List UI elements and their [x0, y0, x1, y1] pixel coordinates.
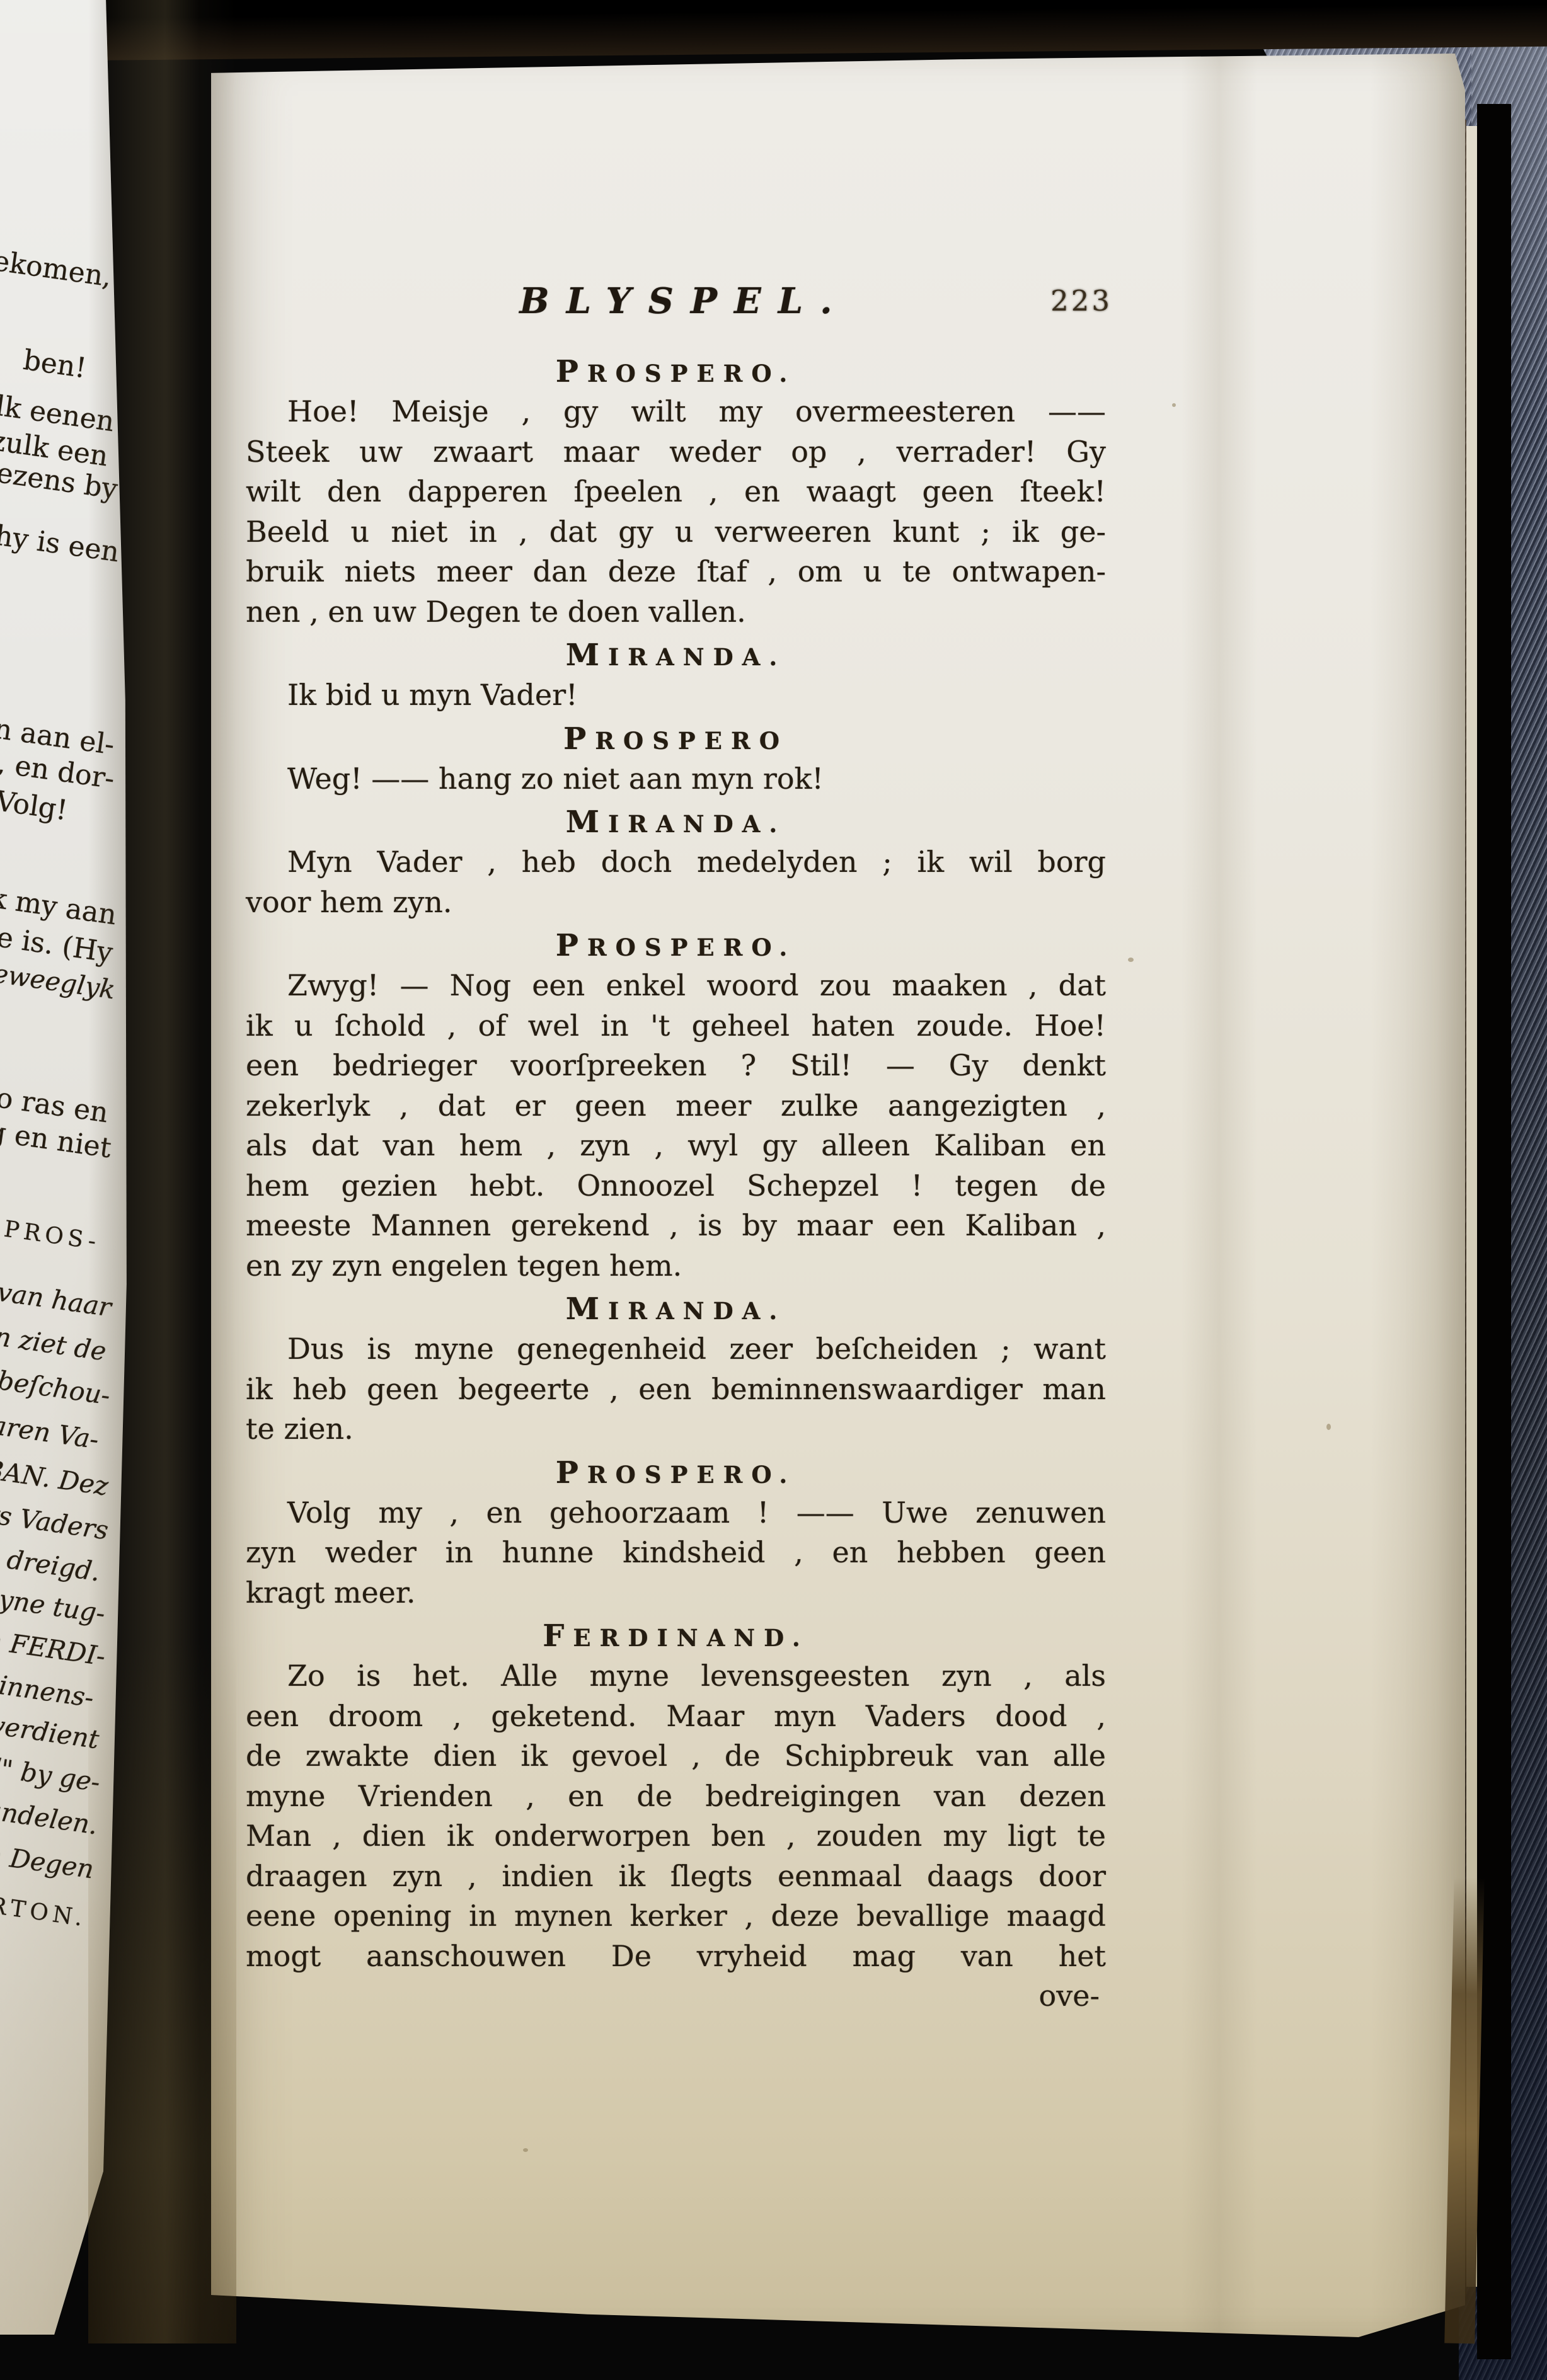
text-line: voor hem zyn.	[246, 883, 1106, 923]
opposite-page-fragment: ook dreigd.	[0, 1536, 102, 1587]
opposite-page-fragment: hy is een	[0, 519, 121, 568]
speaker-heading: PROSPERO.	[246, 357, 1106, 389]
speaker-heading: PROSPERO	[246, 724, 1106, 756]
paper-speck	[1128, 958, 1134, 962]
text-line: myne Vrienden , en de bedreigingen van d…	[246, 1776, 1106, 1817]
opposite-page-fragment: behandelen.	[0, 1788, 100, 1840]
text-line: mogt aanschouwen De vryheid mag van het	[246, 1937, 1106, 1977]
text-line: wilt den dapperen ſpeelen , en waagt gee…	[246, 472, 1106, 512]
text-line: een bedrieger voorſpreeken ? Stil! — Gy …	[246, 1046, 1106, 1086]
speaker-heading: PROSPERO.	[246, 930, 1106, 963]
dialogue-text-block: PROSPERO.Hoe! Meisje , gy wilt my overme…	[246, 348, 1106, 2017]
text-line: nen , en uw Degen te doen vallen.	[246, 592, 1106, 632]
text-line: zyn weder in hunne kindsheid , en hebben…	[246, 1533, 1106, 1573]
opposite-page-fragment: eid van haar	[0, 1270, 113, 1323]
text-line: Hoe! Meisje , gy wilt my overmeesteren —…	[246, 392, 1106, 432]
text-line: kragt meer.	[246, 1573, 1106, 1613]
text-line: Myn Vader , heb doch medelyden ; ik wil …	[246, 842, 1106, 883]
text-line: te zien.	[246, 1409, 1106, 1450]
opposite-page-fragment: BURTON.	[0, 1886, 88, 1931]
opposite-page-fragment: men ziet de	[0, 1315, 108, 1366]
speaker-heading: MIRANDA.	[246, 1294, 1106, 1326]
text-line: draagen zyn , indien ik ſlegts eenmaal d…	[246, 1857, 1106, 1897]
text-line: Steek uw zwaart maar weder op , verrader…	[246, 432, 1106, 472]
text-line: ik u ſchold , of wel in 't geheel haten …	[246, 1006, 1106, 1046]
text-line: meeste Mannen gerekend , is by maar een …	[246, 1206, 1106, 1246]
catchword: ove-	[246, 1976, 1106, 2017]
opposite-page-text-fragments: gekomen,ben!lk eenenzulk eenwezens byhy …	[0, 0, 126, 2335]
paper-speck	[1172, 403, 1176, 407]
opposite-page-fragment: aars Vaders	[0, 1494, 110, 1545]
text-line: ik heb geen begeerte , een beminnenswaar…	[246, 1370, 1106, 1410]
book-photo: gekomen,ben!lk eenenzulk eenwezens byhy …	[0, 0, 1547, 2380]
text-line: Beeld u niet in , dat gy u verweeren kun…	[246, 512, 1106, 552]
opposite-page-fragment: van FERDI-	[0, 1621, 107, 1672]
text-line: bruik niets meer dan deze ſtaf , om u te…	[246, 552, 1106, 592]
text-line: hem gezien hebt. Onnoozel Schepzel ! teg…	[246, 1166, 1106, 1206]
text-line: Dus is myne genegenheid zeer beſcheiden …	[246, 1329, 1106, 1370]
text-line: de zwakte dien ik gevoel , de Schipbreuk…	[246, 1736, 1106, 1776]
text-line: Zwyg! — Nog een enkel woord zou maaken ,…	[246, 966, 1106, 1006]
text-line: en zy zyn engelen tegen hem.	[246, 1246, 1106, 1286]
speaker-heading: PROSPERO.	[246, 1458, 1106, 1490]
opposite-page-fragment: PROS-	[3, 1216, 102, 1256]
paper-speck	[523, 2148, 528, 2152]
text-line: Ik bid u myn Vader!	[246, 675, 1106, 716]
text-line: Zo is het. Alle myne levensgeesten zyn ,…	[246, 1656, 1106, 1696]
page-number: 223	[1050, 284, 1112, 318]
opposite-page-fragment: BAN. Dez	[0, 1454, 110, 1501]
text-line: eene opening in mynen kerker , deze beva…	[246, 1896, 1106, 1937]
text-line: zekerlyk , dat er geen meer zulke aangez…	[246, 1086, 1106, 1126]
book-page: BLYSPEL. 223 PROSPERO.Hoe! Meisje , gy w…	[211, 54, 1465, 2337]
opposite-page-fragment: beminnens-	[0, 1662, 96, 1713]
cover-shadow	[1477, 104, 1511, 2359]
text-line: als dat van hem , zyn , wyl gy alleen Ka…	[246, 1126, 1106, 1166]
text-line: Man , dien ik onderworpen ben , zouden m…	[246, 1816, 1106, 1857]
opposite-page-fragment: gekomen,	[0, 243, 113, 294]
paper-speck	[1326, 1424, 1331, 1430]
page-title: BLYSPEL.	[246, 280, 1106, 322]
opposite-page-fragment: d" by ge-	[0, 1751, 102, 1797]
opposite-page-fragment: ſte beſchou-	[0, 1359, 112, 1410]
text-line: een droom , geketend. Maar myn Vaders do…	[246, 1696, 1106, 1737]
text-line: Volg my , en gehoorzaam ! —— Uwe zenuwen	[246, 1493, 1106, 1533]
opposite-page-fragment: haaren Va-	[0, 1405, 101, 1455]
opposite-page-fragment: ben!	[21, 344, 88, 384]
opposite-page-fragment: Volg!	[0, 785, 69, 827]
text-line: Weg! —— hang zo niet aan myn rok!	[246, 759, 1106, 799]
speaker-heading: MIRANDA.	[246, 807, 1106, 839]
speaker-heading: MIRANDA.	[246, 640, 1106, 672]
speaker-heading: FERDINAND.	[246, 1621, 1106, 1653]
opposite-page-fragment: den Degen	[0, 1835, 96, 1885]
